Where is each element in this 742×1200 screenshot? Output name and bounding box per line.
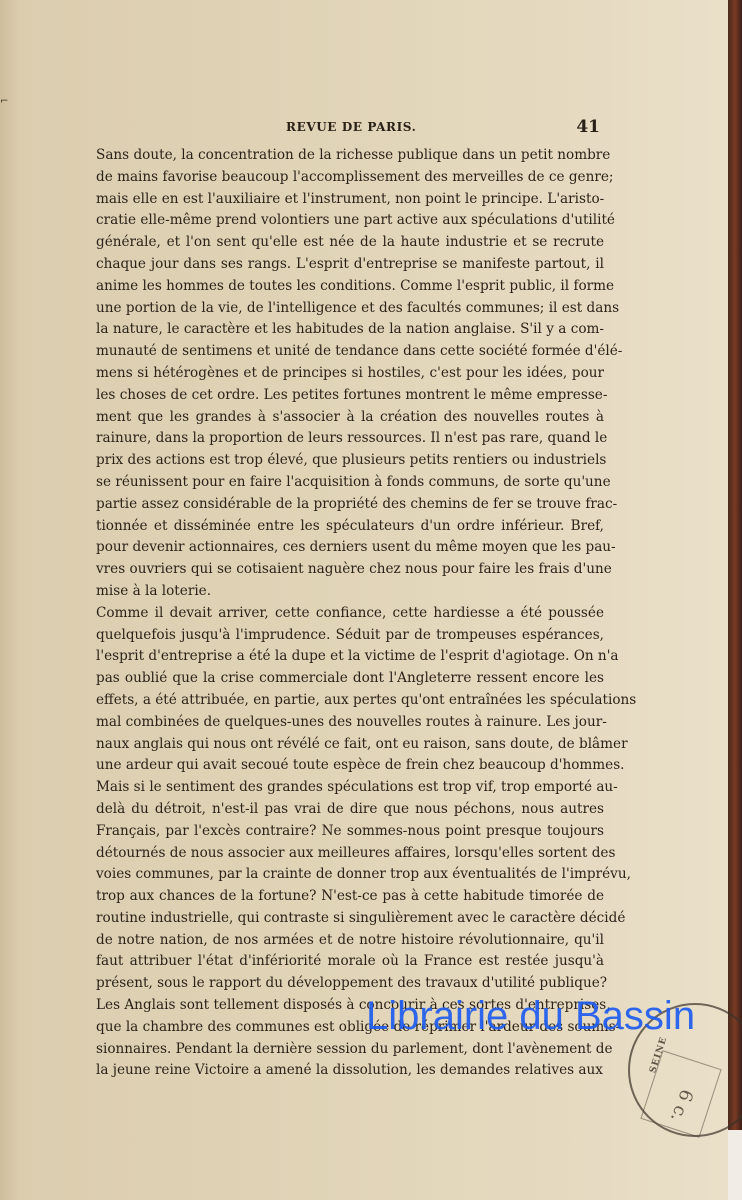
- text-line: chaque jour dans ses rangs. L'esprit d'e…: [96, 254, 604, 276]
- page-number: 41: [576, 117, 600, 137]
- text-line: Comme il devait arriver, cette confiance…: [96, 603, 604, 625]
- text-line: Français, par l'excès contraire? Ne somm…: [96, 821, 604, 843]
- text-line: routine industrielle, qui contraste si s…: [96, 908, 604, 930]
- text-line: partie assez considérable de la propriét…: [96, 494, 604, 516]
- text-line: mens si hétérogènes et de principes si h…: [96, 363, 604, 385]
- text-line: de mains favorise beaucoup l'accomplisse…: [96, 167, 604, 189]
- text-line: pour devenir actionnaires, ces derniers …: [96, 537, 604, 559]
- text-line: Sans doute, la concentration de la riche…: [96, 145, 604, 167]
- watermark-text: Librairie du Bassin: [366, 996, 695, 1036]
- text-line: faut attribuer l'état d'infériorité mora…: [96, 951, 604, 973]
- text-line: prix des actions est trop élevé, que plu…: [96, 450, 604, 472]
- text-line: mais elle en est l'auxiliaire et l'instr…: [96, 189, 604, 211]
- text-line: sionnaires. Pendant la dernière session …: [96, 1039, 604, 1061]
- running-header: REVUE DE PARIS. 41: [96, 120, 600, 140]
- text-line: ment que les grandes à s'associer à la c…: [96, 407, 604, 429]
- text-line: cratie elle-même prend volontiers une pa…: [96, 210, 604, 232]
- margin-mark: ⌐: [0, 96, 8, 107]
- text-line: la nature, le caractère et les habitudes…: [96, 319, 604, 341]
- text-line: effets, a été attribuée, en partie, aux …: [96, 690, 604, 712]
- text-line: voies communes, par la crainte de donner…: [96, 864, 604, 886]
- text-line: de notre nation, de nos armées et de not…: [96, 930, 604, 952]
- text-line: mal combinées de quelques-unes des nouve…: [96, 712, 604, 734]
- text-line: les choses de cet ordre. Les petites for…: [96, 385, 604, 407]
- text-line: Mais si le sentiment des grandes spécula…: [96, 777, 604, 799]
- text-line: tionnée et disséminée entre les spéculat…: [96, 516, 604, 538]
- running-title: REVUE DE PARIS.: [286, 120, 416, 134]
- text-line: se réunissent pour en faire l'acquisitio…: [96, 472, 604, 494]
- text-line: générale, et l'on sent qu'elle est née d…: [96, 232, 604, 254]
- text-line: naux anglais qui nous ont révélé ce fait…: [96, 734, 604, 756]
- text-line: détournés de nous associer aux meilleure…: [96, 843, 604, 865]
- text-line: munauté de sentimens et unité de tendanc…: [96, 341, 604, 363]
- text-line: delà du détroit, n'est-il pas vrai de di…: [96, 799, 604, 821]
- text-line: trop aux chances de la fortune? N'est-ce…: [96, 886, 604, 908]
- text-line: rainure, dans la proportion de leurs res…: [96, 428, 604, 450]
- text-line: mise à la loterie.: [96, 581, 604, 603]
- body-text: Sans doute, la concentration de la riche…: [96, 145, 604, 1082]
- text-line: vres ouvriers qui se cotisaient naguère …: [96, 559, 604, 581]
- text-line: anime les hommes de toutes les condition…: [96, 276, 604, 298]
- text-line: l'esprit d'entreprise a été la dupe et l…: [96, 646, 604, 668]
- text-line: quelquefois jusqu'à l'imprudence. Séduit…: [96, 625, 604, 647]
- text-line: une portion de la vie, de l'intelligence…: [96, 298, 604, 320]
- background-strip: [728, 1130, 742, 1200]
- text-line: la jeune reine Victoire a amené la disso…: [96, 1060, 604, 1082]
- text-line: présent, sous le rapport du développemen…: [96, 973, 604, 995]
- text-line: une ardeur qui avait secoué toute espèce…: [96, 755, 604, 777]
- text-line: pas oublié que la crise commerciale dont…: [96, 668, 604, 690]
